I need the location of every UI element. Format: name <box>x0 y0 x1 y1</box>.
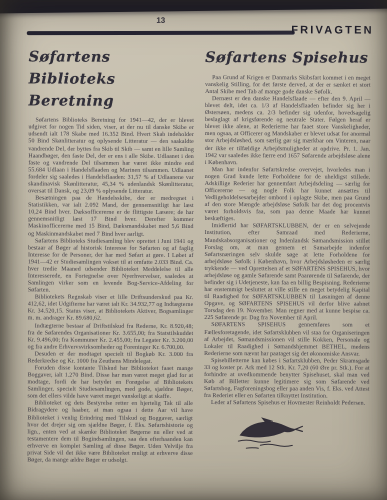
body-paragraph: Paa Grund af Krigen er Danmarks Skibsfar… <box>205 75 371 97</box>
left-article-title-line1: Søfartens Biblioteks <box>29 46 195 90</box>
body-paragraph: Biblioteket og dets Bestyrelse retter en… <box>27 401 193 465</box>
body-paragraph: Bibliotekets Regnskab viser et lille Dri… <box>28 295 194 324</box>
body-paragraph: Søfartens Biblioteks Studiesamling blev … <box>28 238 194 295</box>
leaping-dolphin-sketch-icon <box>232 418 310 452</box>
body-paragraph: Indtægterne bestaar af Driftstilskud fra… <box>28 323 194 352</box>
body-paragraph: Dernæst er den danske Handelsflaade — ef… <box>205 96 371 167</box>
body-paragraph: Søfartens Biblioteks Beretning for 1941—… <box>28 118 194 196</box>
masthead-title: FRIVAGTEN <box>291 24 374 36</box>
header-rule <box>27 31 295 35</box>
body-paragraph: Spisebilletterne kan købes i Søfartsklub… <box>204 358 370 401</box>
left-article-title: Søfartens Biblioteks Beretning <box>29 46 195 112</box>
page: 13 FRIVAGTEN Søfartens Biblioteks Beretn… <box>0 11 387 500</box>
body-paragraph: Leder af Søfartens Spisehus er Hovmester… <box>204 400 370 408</box>
page-number: 13 <box>1 15 321 25</box>
body-paragraph: Imidlertid har SØFARTSKLUBBEN, der er en… <box>204 223 370 323</box>
right-column: Søfartens Spisehus Paa Grund af Krigen e… <box>204 45 371 498</box>
left-article-title-line2: Beretning <box>29 90 195 112</box>
body-paragraph: Man har indenfor Søfartskredse overvejet… <box>205 167 371 224</box>
body-paragraph: Besætningen paa de Handelsskibe, der er … <box>28 196 194 239</box>
body-paragraph: SØFARTENS SPISEHUS gennemføres som et Fæ… <box>204 323 370 359</box>
right-article-title: Søfartens Spisehus <box>205 47 371 69</box>
body-paragraph: Desuden er der modtaget specielt til Bog… <box>28 351 194 366</box>
scanned-page: 13 FRIVAGTEN Søfartens Biblioteks Beretn… <box>0 0 387 500</box>
left-column: Søfartens Biblioteks Beretning Søfartens… <box>27 44 194 497</box>
body-paragraph: Foruden disse kontante Tilskud har Bibli… <box>27 365 193 401</box>
article-columns: Søfartens Biblioteks Beretning Søfartens… <box>27 44 371 497</box>
